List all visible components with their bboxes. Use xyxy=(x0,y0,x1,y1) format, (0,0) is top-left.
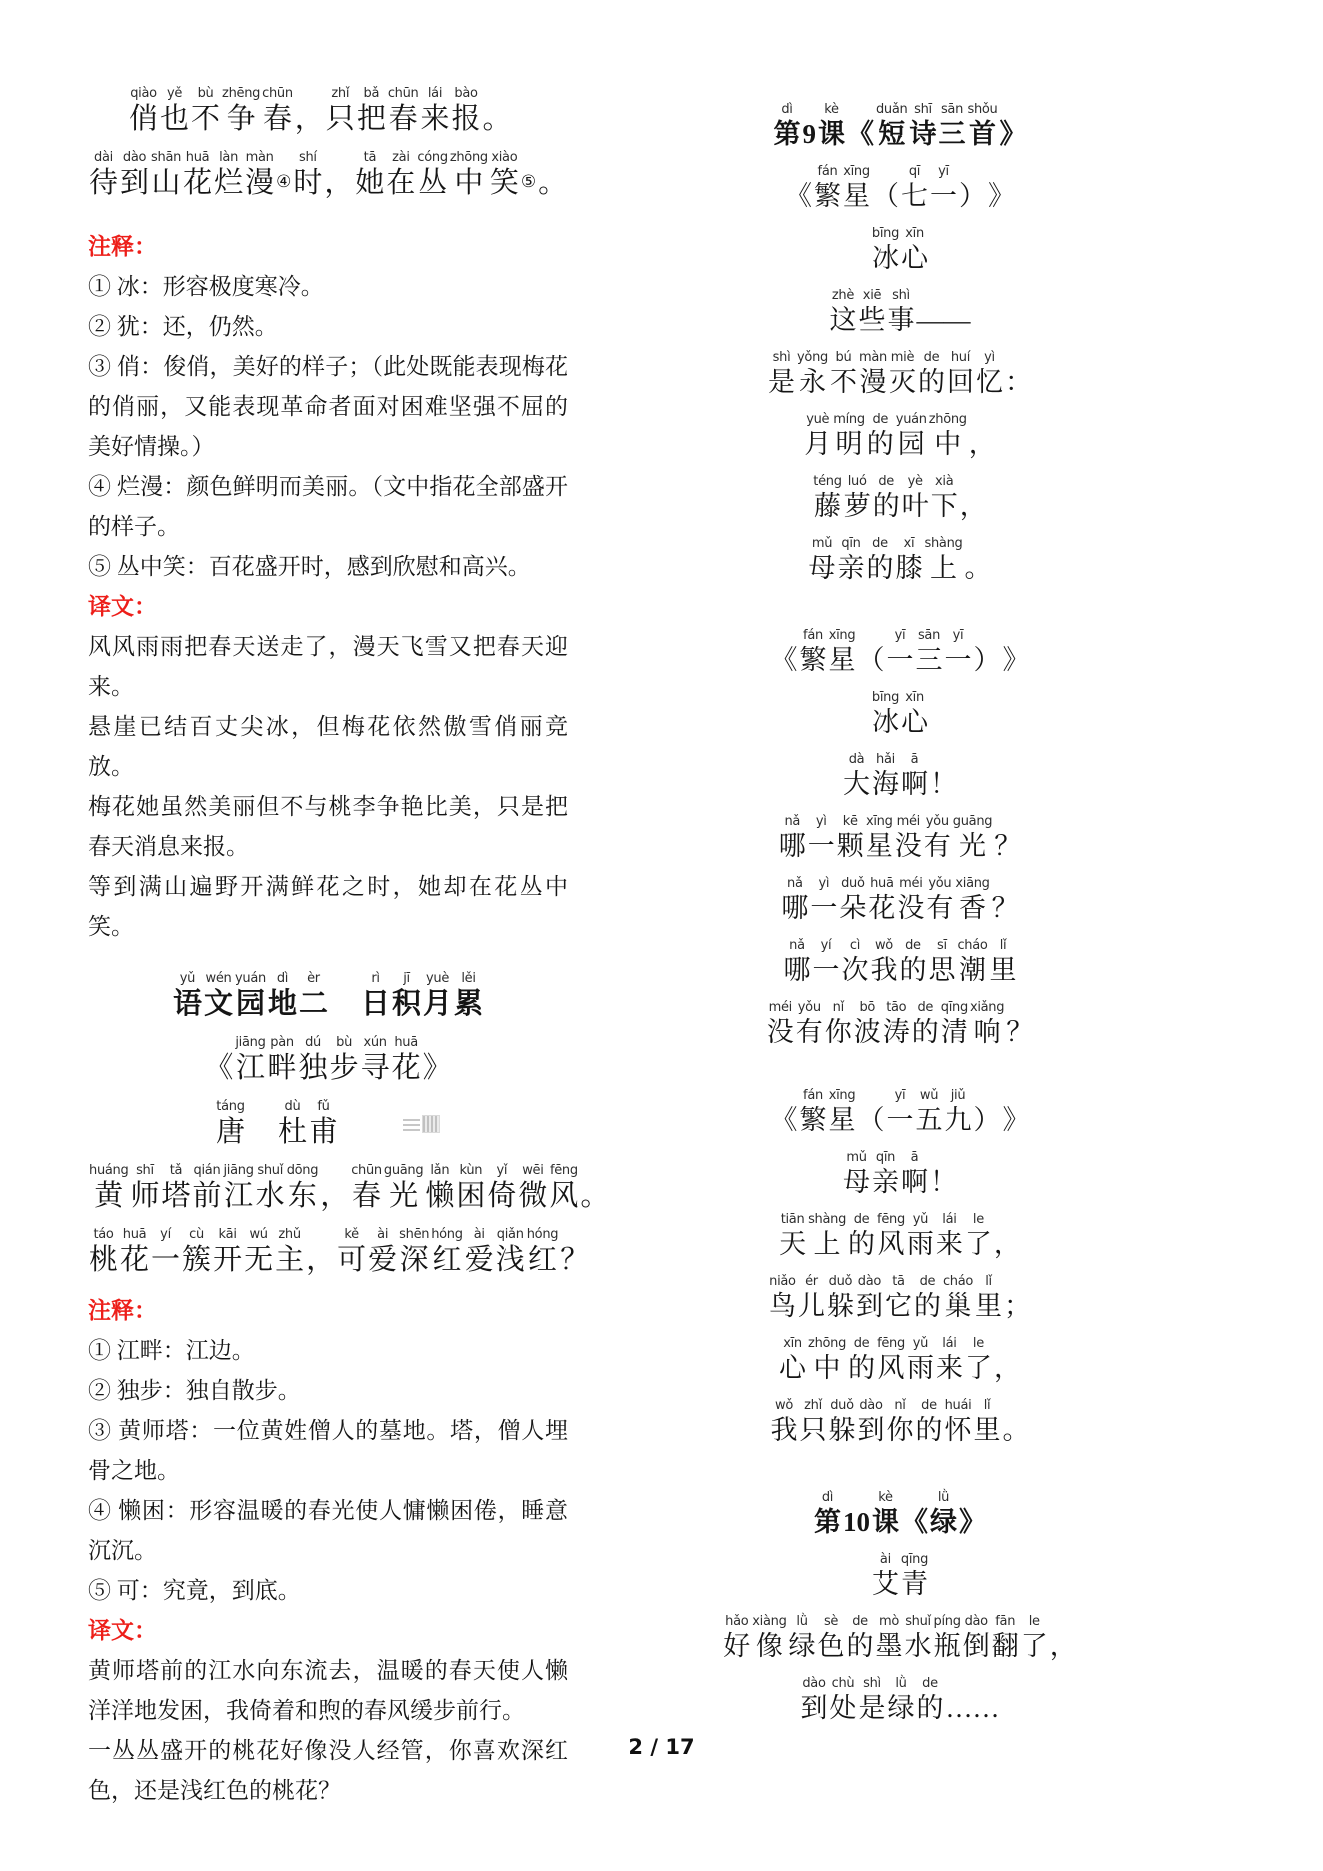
note: ③ 黄师塔：一位黄姓僧人的墓地。塔，僧人埋骨之地。 xyxy=(88,1411,568,1491)
ruby-pair: ⑤ xyxy=(520,172,537,192)
lesson-title: dì第9kè课《duǎn短shī诗sān三shǒu首》 xyxy=(640,102,1160,151)
poem-line: huáng黄shī师tǎ塔qián前jiāng江shuǐ水dōng东，chūn春… xyxy=(88,1163,568,1214)
ruby-pair: nǎ哪 xyxy=(782,938,811,987)
ruby-pair: bú不 xyxy=(829,350,858,399)
ruby-pair: jī积 xyxy=(391,971,422,1022)
ruby-pair: méi没 xyxy=(766,1000,795,1049)
ruby-pair: yǔ语 xyxy=(172,971,203,1022)
ruby-pair: huā花 xyxy=(867,876,896,925)
ruby-pair: dào到 xyxy=(857,1398,886,1447)
ruby-pair: 》 xyxy=(999,102,1028,151)
poem-line: wǒ我zhǐ只duǒ躲dào到nǐ你de的huái怀lǐ里。 xyxy=(640,1398,1160,1447)
ruby-pair: 》 xyxy=(958,1490,987,1539)
ruby-pair: huáng黄 xyxy=(88,1163,129,1214)
ruby-pair: de的 xyxy=(847,1336,876,1385)
ruby-pair: shān山 xyxy=(150,150,182,201)
ruby-pair: xià下 xyxy=(930,474,959,523)
ruby-pair: ， xyxy=(968,412,997,461)
ruby-pair: lǐ里 xyxy=(989,938,1018,987)
ruby-pair: yǐ倚 xyxy=(486,1163,517,1214)
poem-line: niǎo鸟ér儿duǒ躲dào到tā它de的cháo巢lǐ里； xyxy=(640,1274,1160,1323)
note: ① 江畔：江边。 xyxy=(88,1331,568,1371)
ruby-pair: de的 xyxy=(872,474,901,523)
ruby-pair: ， xyxy=(319,1163,350,1214)
ruby-pair: xīng星 xyxy=(828,1088,857,1137)
ruby-pair: qiǎn浅 xyxy=(495,1227,526,1278)
ruby-pair: zhǔ主 xyxy=(274,1227,305,1278)
ruby-pair: màn漫 xyxy=(858,350,888,399)
ruby-pair: ， xyxy=(1049,1614,1078,1663)
ruby-pair: fán繁 xyxy=(799,628,828,677)
ruby-pair: ， xyxy=(993,1336,1022,1385)
ruby-pair: miè灭 xyxy=(888,350,917,399)
ruby-pair: 。 xyxy=(963,536,992,585)
ruby-pair: ā啊 xyxy=(900,1150,929,1199)
ruby-pair: dào到 xyxy=(119,150,150,201)
ruby-pair: yǔ雨 xyxy=(906,1336,935,1385)
ruby-pair: sī思 xyxy=(927,938,956,987)
translation-para: 梅花她虽然美丽但不与桃李争艳比美，只是把春天消息来报。 xyxy=(88,787,568,867)
section-label: 注释： xyxy=(88,227,568,267)
section-label: 译文： xyxy=(88,587,568,627)
ruby-pair: 《 xyxy=(770,628,799,677)
ruby-pair: niǎo鸟 xyxy=(768,1274,797,1323)
ruby-pair: （ xyxy=(871,164,900,213)
ruby-pair: ？ xyxy=(1005,1000,1034,1049)
ruby-pair: xīng星 xyxy=(842,164,871,213)
ruby-pair: zhè这 xyxy=(829,288,858,337)
ruby-pair: dì地 xyxy=(267,971,298,1022)
ruby-pair: míng明 xyxy=(832,412,866,461)
ruby-pair: le了 xyxy=(964,1212,993,1261)
ruby-pair: kè课 xyxy=(871,1490,900,1539)
ruby-pair: shǒu首 xyxy=(966,102,998,151)
ruby-pair: lái来 xyxy=(935,1212,964,1261)
ruby-pair: guāng光 xyxy=(383,1163,424,1214)
ruby-pair: xiàng像 xyxy=(751,1614,787,1663)
ruby-pair: sān三 xyxy=(937,102,966,151)
ruby-pair: xún寻 xyxy=(360,1035,391,1086)
ruby-pair: wǒ我 xyxy=(770,1398,799,1447)
poem-line: nǎ哪yí一cì次wǒ我de的sī思cháo潮lǐ里 xyxy=(640,938,1160,987)
ruby-pair: le了 xyxy=(964,1336,993,1385)
translation-para: 风风雨雨把春天送走了，漫天飞雪又把春天迎来。 xyxy=(88,627,568,707)
ruby-pair: kě可 xyxy=(336,1227,367,1278)
poem-line: nǎ哪yì一kē颗xīng星méi没yǒu有guāng光？ xyxy=(640,814,1160,863)
poem-line: yuè月míng明de的yuán园zhōng中， xyxy=(640,412,1160,461)
note: ④ 懒困：形容温暖的春光使人慵懒困倦，睡意沉沉。 xyxy=(88,1491,568,1571)
ruby-pair: dào到 xyxy=(800,1676,829,1725)
poem-line: qiào俏yě也bù不zhēng争chūn春，zhǐ只bǎ把chūn春lái来b… xyxy=(128,86,568,137)
translation-para: 悬崖已结百丈尖冰，但梅花依然傲雪俏丽竞放。 xyxy=(88,707,568,787)
ruby-pair: xīn心 xyxy=(778,1336,807,1385)
ruby-pair: bīng冰 xyxy=(871,690,900,739)
ruby-pair: wēi微 xyxy=(517,1163,548,1214)
spacer xyxy=(640,598,1160,628)
ruby-pair: nǎ哪 xyxy=(780,876,809,925)
poem-line: tiān天shàng上de的fēng风yǔ雨lái来le了， xyxy=(640,1212,1160,1261)
ruby-pair: yī一 xyxy=(886,1088,915,1137)
ruby-pair: yǔ雨 xyxy=(906,1212,935,1261)
ruby-pair: chù处 xyxy=(829,1676,858,1725)
poem-author: bīng冰xīn心 xyxy=(640,690,1160,739)
ruby-pair: 《 xyxy=(846,102,875,151)
ruby-pair: yě也 xyxy=(159,86,190,137)
ruby-pair: shàng上 xyxy=(924,536,964,585)
ruby-pair: 9 xyxy=(801,102,817,151)
ruby-pair: kè课 xyxy=(817,102,846,151)
ruby-pair: zhōng中 xyxy=(449,150,489,201)
ruby-pair: cì次 xyxy=(840,938,869,987)
lesson-title: dì第10kè课《lǜ绿》 xyxy=(640,1490,1160,1539)
ruby-pair: shì事 xyxy=(887,288,916,337)
right-column: dì第9kè课《duǎn短shī诗sān三shǒu首》《fán繁xīng星（qī… xyxy=(640,102,1160,1738)
ruby-pair: dào到 xyxy=(855,1274,884,1323)
ruby-pair: dà大 xyxy=(842,752,871,801)
ruby-pair: fēng风 xyxy=(876,1212,906,1261)
ruby-pair: jiāng江 xyxy=(234,1035,266,1086)
ruby-pair: luó萝 xyxy=(843,474,872,523)
ruby-pair: lǜ绿 xyxy=(929,1490,958,1539)
ruby-pair: tiān天 xyxy=(778,1212,807,1261)
ruby-pair: hǎi海 xyxy=(871,752,900,801)
ruby-pair: xiǎng响 xyxy=(969,1000,1005,1049)
ruby-pair: jiǔ九 xyxy=(944,1088,973,1137)
ruby-pair: xī膝 xyxy=(895,536,924,585)
poem-line: xīn心zhōng中de的fēng风yǔ雨lái来le了， xyxy=(640,1336,1160,1385)
ruby-pair: sān三 xyxy=(915,628,944,677)
ruby-pair: hóng红 xyxy=(526,1227,559,1278)
ruby-pair: 。 xyxy=(579,1163,610,1214)
ruby-pair: téng藤 xyxy=(812,474,842,523)
ruby-pair: tā它 xyxy=(884,1274,913,1323)
ruby-pair: mò墨 xyxy=(875,1614,904,1663)
ruby-pair: bù不 xyxy=(190,86,221,137)
ruby-pair: duǒ躲 xyxy=(828,1398,857,1447)
poem-line: nǎ哪yì一duǒ朵huā花méi没yǒu有xiāng香？ xyxy=(640,876,1160,925)
ruby-pair: huái怀 xyxy=(944,1398,973,1447)
ruby-pair: …… xyxy=(945,1676,1001,1725)
ruby-pair: huā花 xyxy=(391,1035,422,1086)
ruby-pair: chūn春 xyxy=(350,1163,383,1214)
ruby-pair: yuè月 xyxy=(803,412,832,461)
left-column: qiào俏yě也bù不zhēng争chūn春，zhǐ只bǎ把chūn春lái来b… xyxy=(88,86,568,1811)
ruby-pair: cù簇 xyxy=(181,1227,212,1278)
ruby-pair: ； xyxy=(1003,1274,1032,1323)
ruby-pair: （ xyxy=(857,628,886,677)
ruby-pair: píng瓶 xyxy=(933,1614,962,1663)
ruby-pair: qīn亲 xyxy=(837,536,866,585)
ruby-pair: ） xyxy=(973,1088,1002,1137)
ruby-pair: cháo巢 xyxy=(942,1274,974,1323)
ruby-pair: bīng冰 xyxy=(871,226,900,275)
note: ③ 俏：俊俏，美好的样子；（此处既能表现梅花的俏丽，又能表现革命者面对困难坚强不… xyxy=(88,347,568,467)
ruby-pair: mǔ母 xyxy=(842,1150,871,1199)
ruby-pair: （ xyxy=(857,1088,886,1137)
ruby-pair: yè叶 xyxy=(901,474,930,523)
ruby-pair: yí一 xyxy=(150,1227,181,1278)
ruby-pair: —— xyxy=(916,288,972,337)
ruby-pair: qīn亲 xyxy=(871,1150,900,1199)
watermark-stamp-icon xyxy=(403,1115,441,1135)
ruby-pair: xīng星 xyxy=(865,814,894,863)
poem-author: ài艾qīng青 xyxy=(640,1552,1160,1601)
ruby-pair: yī一 xyxy=(929,164,958,213)
ruby-pair: hǎo好 xyxy=(722,1614,751,1663)
ruby-pair: 《 xyxy=(900,1490,929,1539)
ruby-pair: ài艾 xyxy=(871,1552,900,1601)
ruby-pair: ， xyxy=(993,1212,1022,1261)
ruby-pair: dú独 xyxy=(298,1035,329,1086)
ruby-pair: 。 xyxy=(482,86,513,137)
ruby-pair: lěi累 xyxy=(453,971,484,1022)
ruby-pair: hóng红 xyxy=(430,1227,463,1278)
poem-line: mǔ母qīn亲ā啊！ xyxy=(640,1150,1160,1199)
ruby-pair: duǒ躲 xyxy=(826,1274,855,1323)
ruby-pair: yǒng永 xyxy=(796,350,829,399)
ruby-pair: duǎn短 xyxy=(875,102,909,151)
poem-line: hǎo好xiàng像lǜ绿sè色de的mò墨shuǐ水píng瓶dào倒fān翻… xyxy=(640,1614,1160,1663)
ruby-pair: shí时 xyxy=(292,150,323,201)
poem-line: téng藤luó萝de的yè叶xià下， xyxy=(640,474,1160,523)
ruby-pair: yǒu有 xyxy=(923,814,952,863)
poem-title: 《fán繁xīng星（yī一wǔ五jiǔ九）》 xyxy=(640,1088,1160,1137)
ruby-pair: de的 xyxy=(846,1614,875,1663)
ruby-pair: fēng风 xyxy=(548,1163,579,1214)
ruby-pair: qiào俏 xyxy=(128,86,159,137)
ruby-pair: bù步 xyxy=(329,1035,360,1086)
ruby-pair: ， xyxy=(294,86,325,137)
ruby-pair: ？ xyxy=(993,814,1022,863)
poem-title: 《jiāng江pàn畔dú独bù步xún寻huā花》 xyxy=(88,1035,568,1086)
note: ⑤ 可：究竟，到底。 xyxy=(88,1571,568,1611)
ruby-pair: yì一 xyxy=(809,876,838,925)
ruby-pair: ） xyxy=(958,164,987,213)
ruby-pair: qián前 xyxy=(191,1163,222,1214)
translation-para: 等到满山遍野开满鲜花之时，她却在花丛中笑。 xyxy=(88,867,568,947)
ruby-pair: xīn心 xyxy=(900,690,929,739)
ruby-pair: qī七 xyxy=(900,164,929,213)
ruby-pair: ？ xyxy=(559,1227,590,1278)
ruby-pair: zhǐ只 xyxy=(799,1398,828,1447)
ruby-pair: lǎn懒 xyxy=(424,1163,455,1214)
ruby-pair: shì是 xyxy=(767,350,796,399)
ruby-pair: de的 xyxy=(898,938,927,987)
ruby-pair: 《 xyxy=(770,1088,799,1137)
ruby-pair: yī一 xyxy=(944,628,973,677)
ruby-pair: chūn春 xyxy=(261,86,294,137)
note: ⑤ 丛中笑：百花盛开时，感到欣慰和高兴。 xyxy=(88,547,568,587)
ruby-pair: ā啊 xyxy=(900,752,929,801)
ruby-pair: tā她 xyxy=(354,150,385,201)
ruby-pair: sè色 xyxy=(817,1614,846,1663)
ruby-pair: 》 xyxy=(1002,628,1031,677)
ruby-pair: 《 xyxy=(784,164,813,213)
ruby-pair: dài待 xyxy=(88,150,119,201)
spacer xyxy=(640,1460,1160,1490)
ruby-pair: bō波 xyxy=(853,1000,882,1049)
ruby-pair: ④ xyxy=(275,172,292,192)
ruby-pair: ài爱 xyxy=(367,1227,398,1278)
ruby-pair: shī师 xyxy=(129,1163,160,1214)
ruby-pair: shì是 xyxy=(858,1676,887,1725)
ruby-pair: táo桃 xyxy=(88,1227,119,1278)
poem-line: mǔ母qīn亲de的xī膝shàng上。 xyxy=(640,536,1160,585)
ruby-pair: mǔ母 xyxy=(808,536,837,585)
ruby-pair: de的 xyxy=(866,412,895,461)
ruby-pair: de的 xyxy=(866,536,895,585)
ruby-pair: 。 xyxy=(1002,1398,1031,1447)
ruby-pair: nǐ你 xyxy=(886,1398,915,1447)
ruby-pair: ài爱 xyxy=(464,1227,495,1278)
ruby-pair: yuán园 xyxy=(895,412,928,461)
ruby-pair: xiāng香 xyxy=(954,876,990,925)
ruby-pair xyxy=(329,971,360,1022)
ruby-pair: fān翻 xyxy=(991,1614,1020,1663)
ruby-pair: xiē些 xyxy=(858,288,887,337)
ruby-pair: lǐ里 xyxy=(974,1274,1003,1323)
ruby-pair: 10 xyxy=(842,1490,871,1539)
ruby-pair: cháo潮 xyxy=(956,938,988,987)
ruby-pair: lǜ绿 xyxy=(788,1614,817,1663)
ruby-pair: de的 xyxy=(917,350,946,399)
ruby-pair: shuǐ水 xyxy=(904,1614,933,1663)
ruby-pair: chūn春 xyxy=(387,86,420,137)
ruby-pair: ？ xyxy=(991,876,1020,925)
ruby-pair: yī一 xyxy=(886,628,915,677)
section-label: 注释： xyxy=(88,1291,568,1331)
note: ① 冰：形容极度寒冷。 xyxy=(88,267,568,307)
ruby-pair: shàng上 xyxy=(807,1212,847,1261)
poem-title: 《fán繁xīng星（qī七yī一）》 xyxy=(640,164,1160,213)
ruby-pair: 》 xyxy=(422,1035,453,1086)
ruby-pair: lǜ绿 xyxy=(887,1676,916,1725)
ruby-pair: méi没 xyxy=(896,876,925,925)
ruby-pair: 》 xyxy=(987,164,1016,213)
ruby-pair: dōng东 xyxy=(286,1163,320,1214)
ruby-pair: yì忆 xyxy=(975,350,1004,399)
ruby-pair: huā花 xyxy=(119,1227,150,1278)
ruby-pair: yuán园 xyxy=(234,971,267,1022)
ruby-pair: nǎ哪 xyxy=(778,814,807,863)
ruby-pair: lái来 xyxy=(935,1336,964,1385)
page: { "page": { "footer": "2 / 17", "label_c… xyxy=(0,0,1323,1871)
ruby-pair: guāng光 xyxy=(952,814,993,863)
ruby-pair: jiāng江 xyxy=(222,1163,254,1214)
ruby-pair: ： xyxy=(1004,350,1033,399)
ruby-pair: zài在 xyxy=(385,150,416,201)
ruby-pair: de的 xyxy=(911,1000,940,1049)
ruby-pair: de的 xyxy=(913,1274,942,1323)
poem-line: dà大hǎi海ā啊！ xyxy=(640,752,1160,801)
ruby-pair: zhōng中 xyxy=(928,412,968,461)
ruby-pair: táng唐 xyxy=(215,1099,246,1150)
poem-line: méi没yǒu有nǐ你bō波tāo涛de的qīng清xiǎng响？ xyxy=(640,1000,1160,1049)
ruby-pair: kē颗 xyxy=(836,814,865,863)
ruby-pair: duǒ朵 xyxy=(838,876,867,925)
poem-line: zhè这xiē些shì事—— xyxy=(640,288,1160,337)
ruby-pair: méi没 xyxy=(894,814,923,863)
ruby-pair: wǔ五 xyxy=(915,1088,944,1137)
note: ② 犹：还，仍然。 xyxy=(88,307,568,347)
ruby-pair: shuǐ水 xyxy=(255,1163,286,1214)
ruby-pair: yí一 xyxy=(811,938,840,987)
ruby-pair: shī诗 xyxy=(908,102,937,151)
poem-line: shì是yǒng永bú不màn漫miè灭de的huí回yì忆： xyxy=(640,350,1160,399)
ruby-pair: xīng星 xyxy=(828,628,857,677)
ruby-pair: qīng清 xyxy=(940,1000,969,1049)
poem-line: táo桃huā花yí一cù簇kāi开wú无zhǔ主，kě可ài爱shēn深hón… xyxy=(88,1227,568,1278)
ruby-pair: lǐ里 xyxy=(973,1398,1002,1447)
ruby-pair: yǒu有 xyxy=(795,1000,824,1049)
ruby-pair: dì第 xyxy=(772,102,801,151)
ruby-pair: ér儿 xyxy=(797,1274,826,1323)
ruby-pair xyxy=(246,1099,277,1150)
ruby-pair: zhǐ只 xyxy=(325,86,356,137)
ruby-pair: qīng青 xyxy=(900,1552,929,1601)
ruby-pair: tǎ塔 xyxy=(160,1163,191,1214)
ruby-pair: zhōng中 xyxy=(807,1336,847,1385)
ruby-pair: yuè月 xyxy=(422,971,453,1022)
ruby-pair: de的 xyxy=(916,1676,945,1725)
ruby-pair: fēng风 xyxy=(876,1336,906,1385)
ruby-pair: ） xyxy=(973,628,1002,677)
ruby-pair: fán繁 xyxy=(799,1088,828,1137)
ruby-pair: pàn畔 xyxy=(267,1035,298,1086)
ruby-pair: 。 xyxy=(537,150,568,201)
ruby-pair: shēn深 xyxy=(398,1227,430,1278)
ruby-pair: dì第 xyxy=(813,1490,842,1539)
ruby-pair: yì一 xyxy=(807,814,836,863)
poem-title: 《fán繁xīng星（yī一sān三yī一）》 xyxy=(640,628,1160,677)
poem-author: bīng冰xīn心 xyxy=(640,226,1160,275)
ruby-pair: wǒ我 xyxy=(869,938,898,987)
note: ④ 烂漫：颜色鲜明而美丽。（文中指花全部盛开的样子。 xyxy=(88,467,568,547)
section-title: yǔ语wén文yuán园dì地èr二 rì日jī积yuè月lěi累 xyxy=(88,971,568,1022)
translation-para: 黄师塔前的江水向东流去，温暖的春天使人懒洋洋地发困，我倚着和煦的春风缓步前行。 xyxy=(88,1651,568,1731)
note: ② 独步：独自散步。 xyxy=(88,1371,568,1411)
ruby-pair: wú无 xyxy=(243,1227,274,1278)
ruby-pair: èr二 xyxy=(298,971,329,1022)
ruby-pair: ， xyxy=(305,1227,336,1278)
ruby-pair: yǒu有 xyxy=(925,876,954,925)
ruby-pair: de的 xyxy=(915,1398,944,1447)
poem-author: táng唐 dù杜fǔ甫 xyxy=(88,1099,568,1150)
ruby-pair: bǎ把 xyxy=(356,86,387,137)
ruby-pair: fǔ甫 xyxy=(308,1099,339,1150)
section-label: 译文： xyxy=(88,1611,568,1651)
ruby-pair: kùn困 xyxy=(455,1163,486,1214)
ruby-pair: ， xyxy=(959,474,988,523)
ruby-pair: lái来 xyxy=(420,86,451,137)
ruby-pair: tāo涛 xyxy=(882,1000,911,1049)
ruby-pair: dào倒 xyxy=(962,1614,991,1663)
ruby-pair: xīn心 xyxy=(900,226,929,275)
spacer xyxy=(640,1062,1160,1088)
ruby-pair: fán繁 xyxy=(813,164,842,213)
ruby-pair: 》 xyxy=(1002,1088,1031,1137)
ruby-pair: làn烂 xyxy=(213,150,244,201)
ruby-pair: de的 xyxy=(847,1212,876,1261)
ruby-pair: huā花 xyxy=(182,150,213,201)
ruby-pair: ！ xyxy=(929,752,958,801)
ruby-pair: wén文 xyxy=(203,971,234,1022)
ruby-pair: 《 xyxy=(203,1035,234,1086)
ruby-pair: le了 xyxy=(1020,1614,1049,1663)
poem-line: dào到chù处shì是lǜ绿de的…… xyxy=(640,1676,1160,1725)
ruby-pair: rì日 xyxy=(360,971,391,1022)
ruby-pair: bào报 xyxy=(451,86,482,137)
